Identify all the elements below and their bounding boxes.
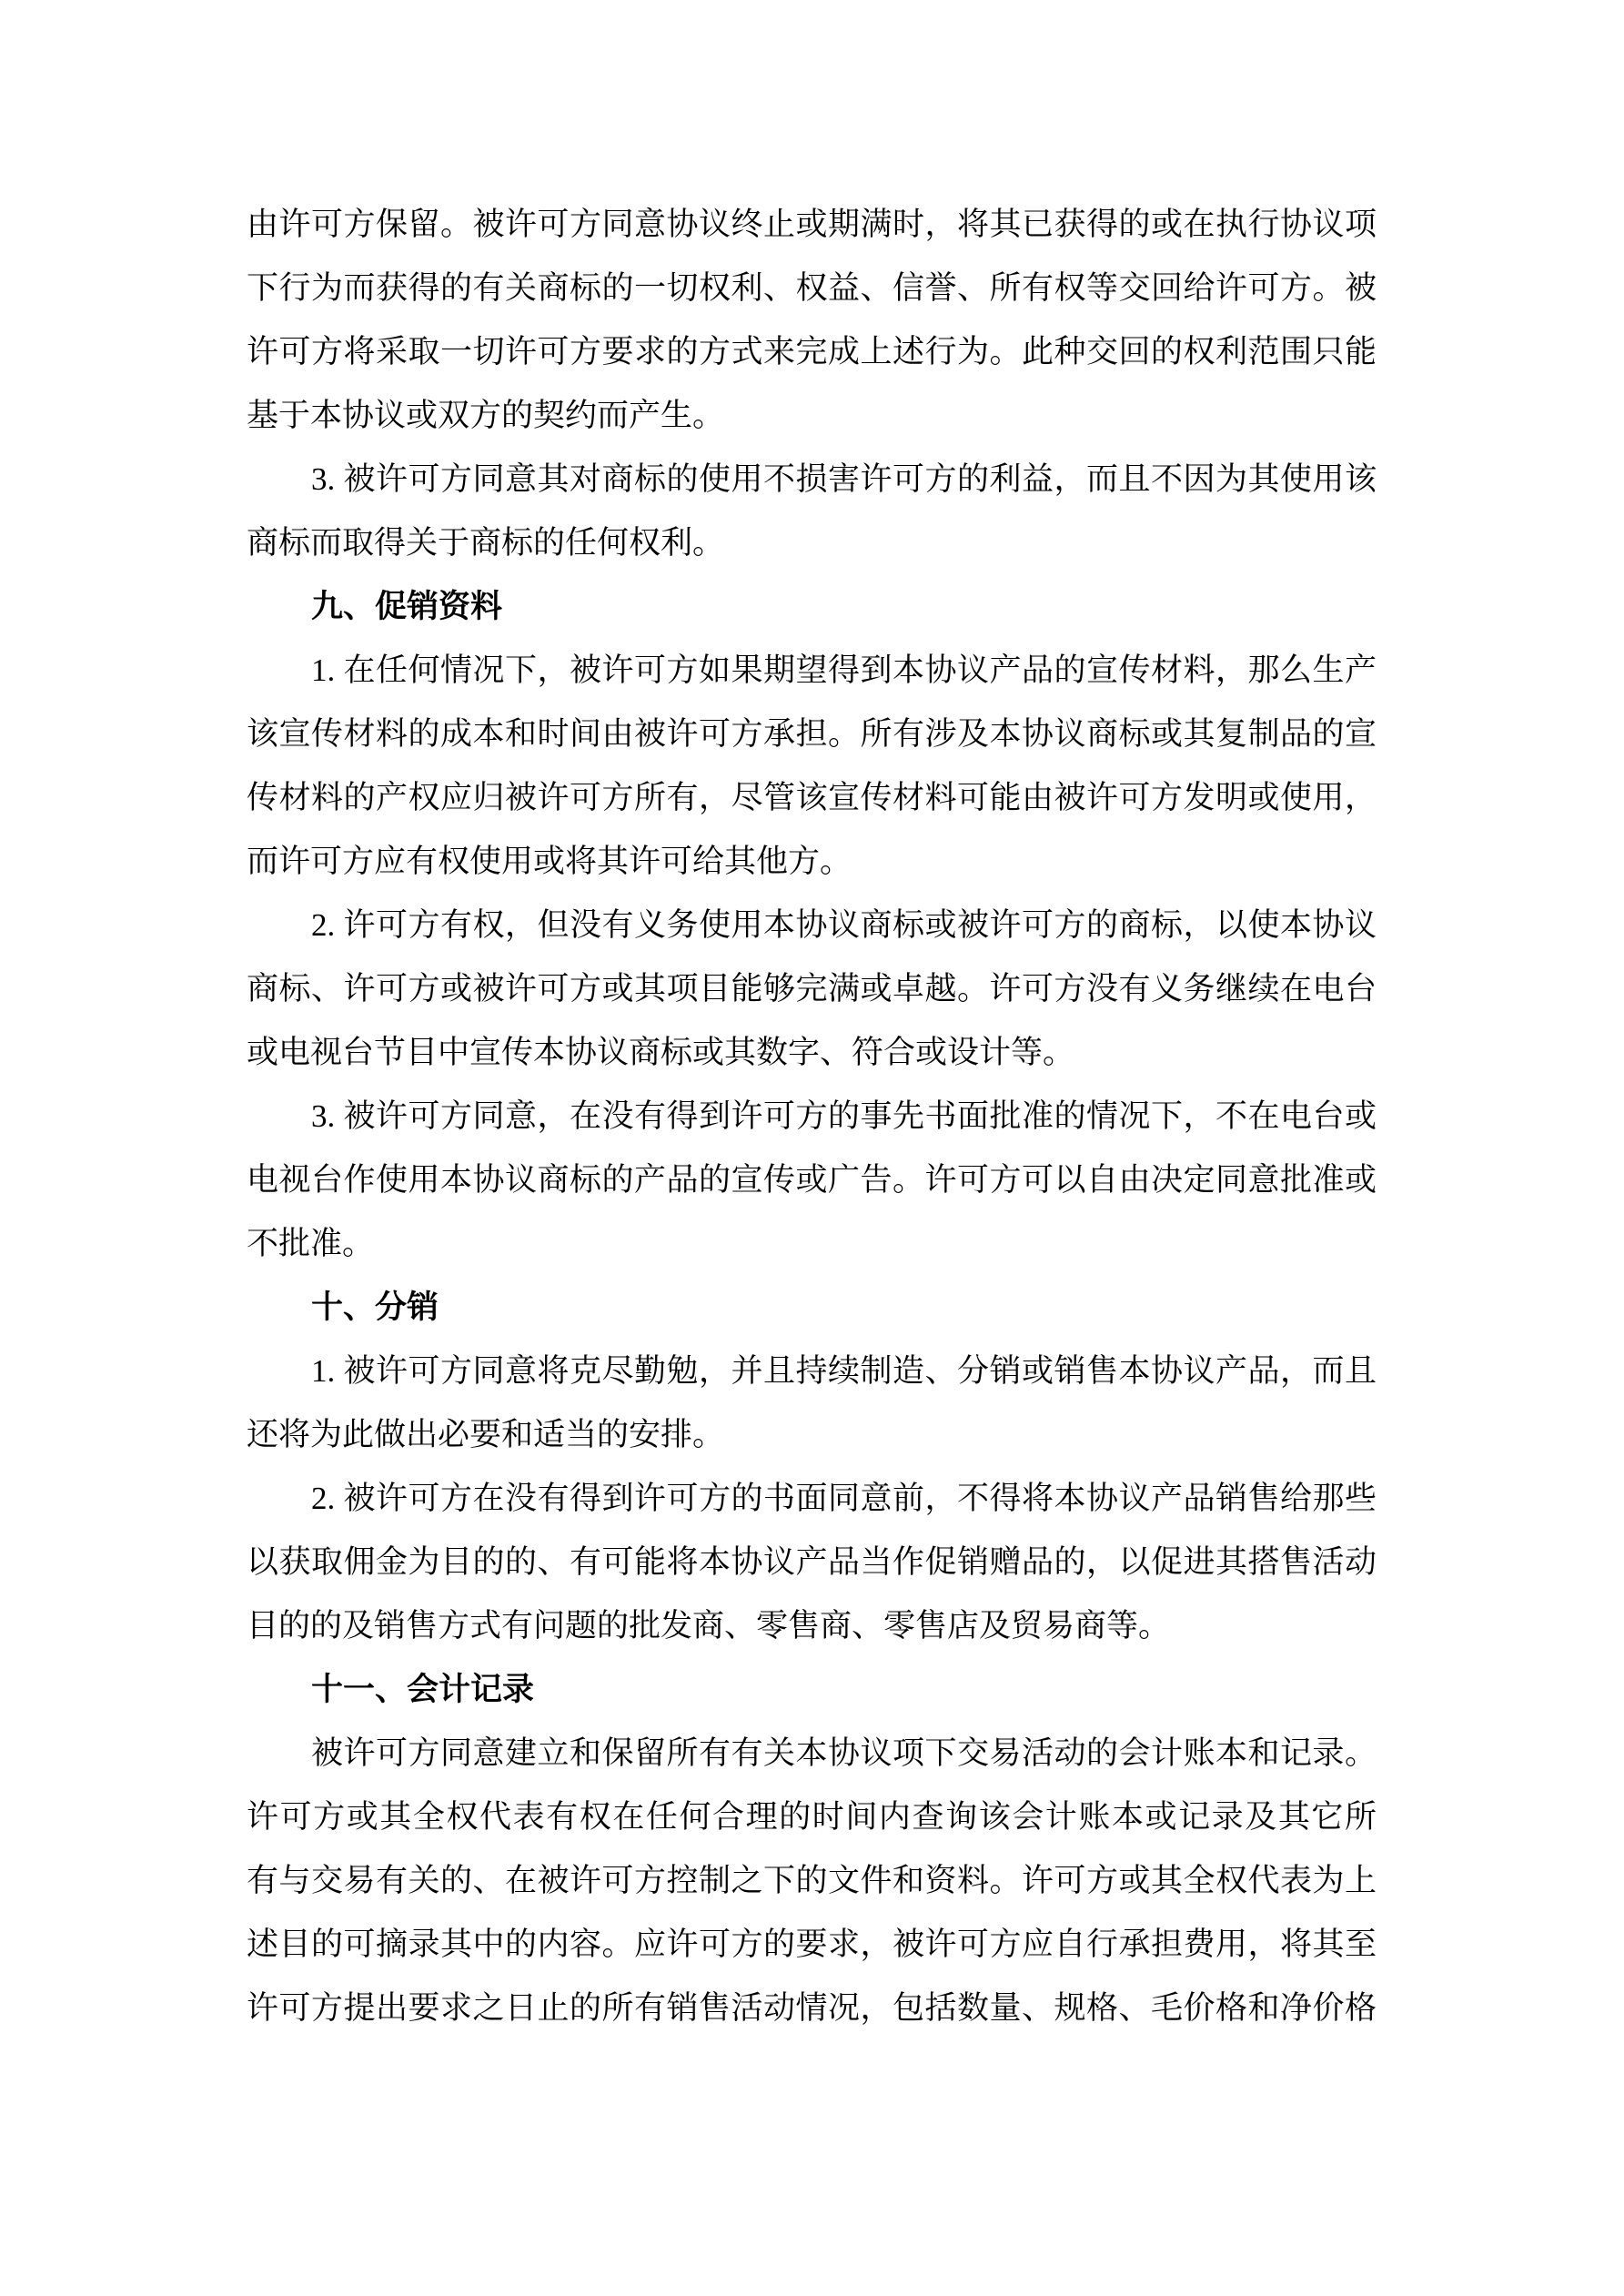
document-page: 由许可方保留。被许可方同意协议终止或期满时，将其已获得的或在执行协议项下行为而获… bbox=[0, 0, 1624, 2296]
text-line: 许可方或其全权代表有权在任何合理的时间内查询该会计账本或记录及其它所 bbox=[247, 1785, 1377, 1849]
text-line: 该宣传材料的成本和时间由被许可方承担。所有涉及本协议商标或其复制品的宣 bbox=[247, 703, 1377, 766]
text-line: 2. 许可方有权，但没有义务使用本协议商标或被许可方的商标，以使本协议 bbox=[247, 894, 1377, 957]
text-line: 述目的可摘录其中的内容。应许可方的要求，被许可方应自行承担费用，将其至 bbox=[247, 1913, 1377, 1977]
text-line: 传材料的产权应归被许可方所有，尽管该宣传材料可能由被许可方发明或使用， bbox=[247, 766, 1377, 830]
text-line: 由许可方保留。被许可方同意协议终止或期满时，将其已获得的或在执行协议项 bbox=[247, 193, 1377, 257]
document-text-block: 由许可方保留。被许可方同意协议终止或期满时，将其已获得的或在执行协议项下行为而获… bbox=[247, 193, 1377, 2040]
section-heading: 九、促销资料 bbox=[247, 575, 1377, 639]
text-line: 还将为此做出必要和适当的安排。 bbox=[247, 1403, 1377, 1467]
text-line: 1. 在任何情况下，被许可方如果期望得到本协议产品的宣传材料，那么生产 bbox=[247, 639, 1377, 703]
text-line: 3. 被许可方同意其对商标的使用不损害许可方的利益，而且不因为其使用该 bbox=[247, 448, 1377, 511]
text-line: 不批准。 bbox=[247, 1212, 1377, 1276]
text-line: 3. 被许可方同意，在没有得到许可方的事先书面批准的情况下，不在电台或 bbox=[247, 1085, 1377, 1148]
text-line: 1. 被许可方同意将克尽勤勉，并且持续制造、分销或销售本协议产品，而且 bbox=[247, 1340, 1377, 1403]
text-line: 2. 被许可方在没有得到许可方的书面同意前，不得将本协议产品销售给那些 bbox=[247, 1467, 1377, 1531]
text-line: 商标、许可方或被许可方或其项目能够完满或卓越。许可方没有义务继续在电台 bbox=[247, 957, 1377, 1021]
text-line: 基于本协议或双方的契约而产生。 bbox=[247, 384, 1377, 448]
text-line: 有与交易有关的、在被许可方控制之下的文件和资料。许可方或其全权代表为上 bbox=[247, 1849, 1377, 1913]
text-line: 许可方将采取一切许可方要求的方式来完成上述行为。此种交回的权利范围只能 bbox=[247, 320, 1377, 384]
text-line: 或电视台节目中宣传本协议商标或其数字、符合或设计等。 bbox=[247, 1021, 1377, 1085]
text-line: 以获取佣金为目的的、有可能将本协议产品当作促销赠品的，以促进其搭售活动 bbox=[247, 1531, 1377, 1594]
section-heading: 十、分销 bbox=[247, 1276, 1377, 1340]
text-line: 目的的及销售方式有问题的批发商、零售商、零售店及贸易商等。 bbox=[247, 1594, 1377, 1658]
text-line: 许可方提出要求之日止的所有销售活动情况，包括数量、规格、毛价格和净价格 bbox=[247, 1977, 1377, 2040]
text-line: 电视台作使用本协议商标的产品的宣传或广告。许可方可以自由决定同意批准或 bbox=[247, 1148, 1377, 1212]
text-line: 商标而取得关于商标的任何权利。 bbox=[247, 511, 1377, 575]
section-heading: 十一、会计记录 bbox=[247, 1658, 1377, 1722]
text-line: 下行为而获得的有关商标的一切权利、权益、信誉、所有权等交回给许可方。被 bbox=[247, 257, 1377, 320]
text-line: 而许可方应有权使用或将其许可给其他方。 bbox=[247, 830, 1377, 894]
text-line: 被许可方同意建立和保留所有有关本协议项下交易活动的会计账本和记录。 bbox=[247, 1722, 1377, 1785]
